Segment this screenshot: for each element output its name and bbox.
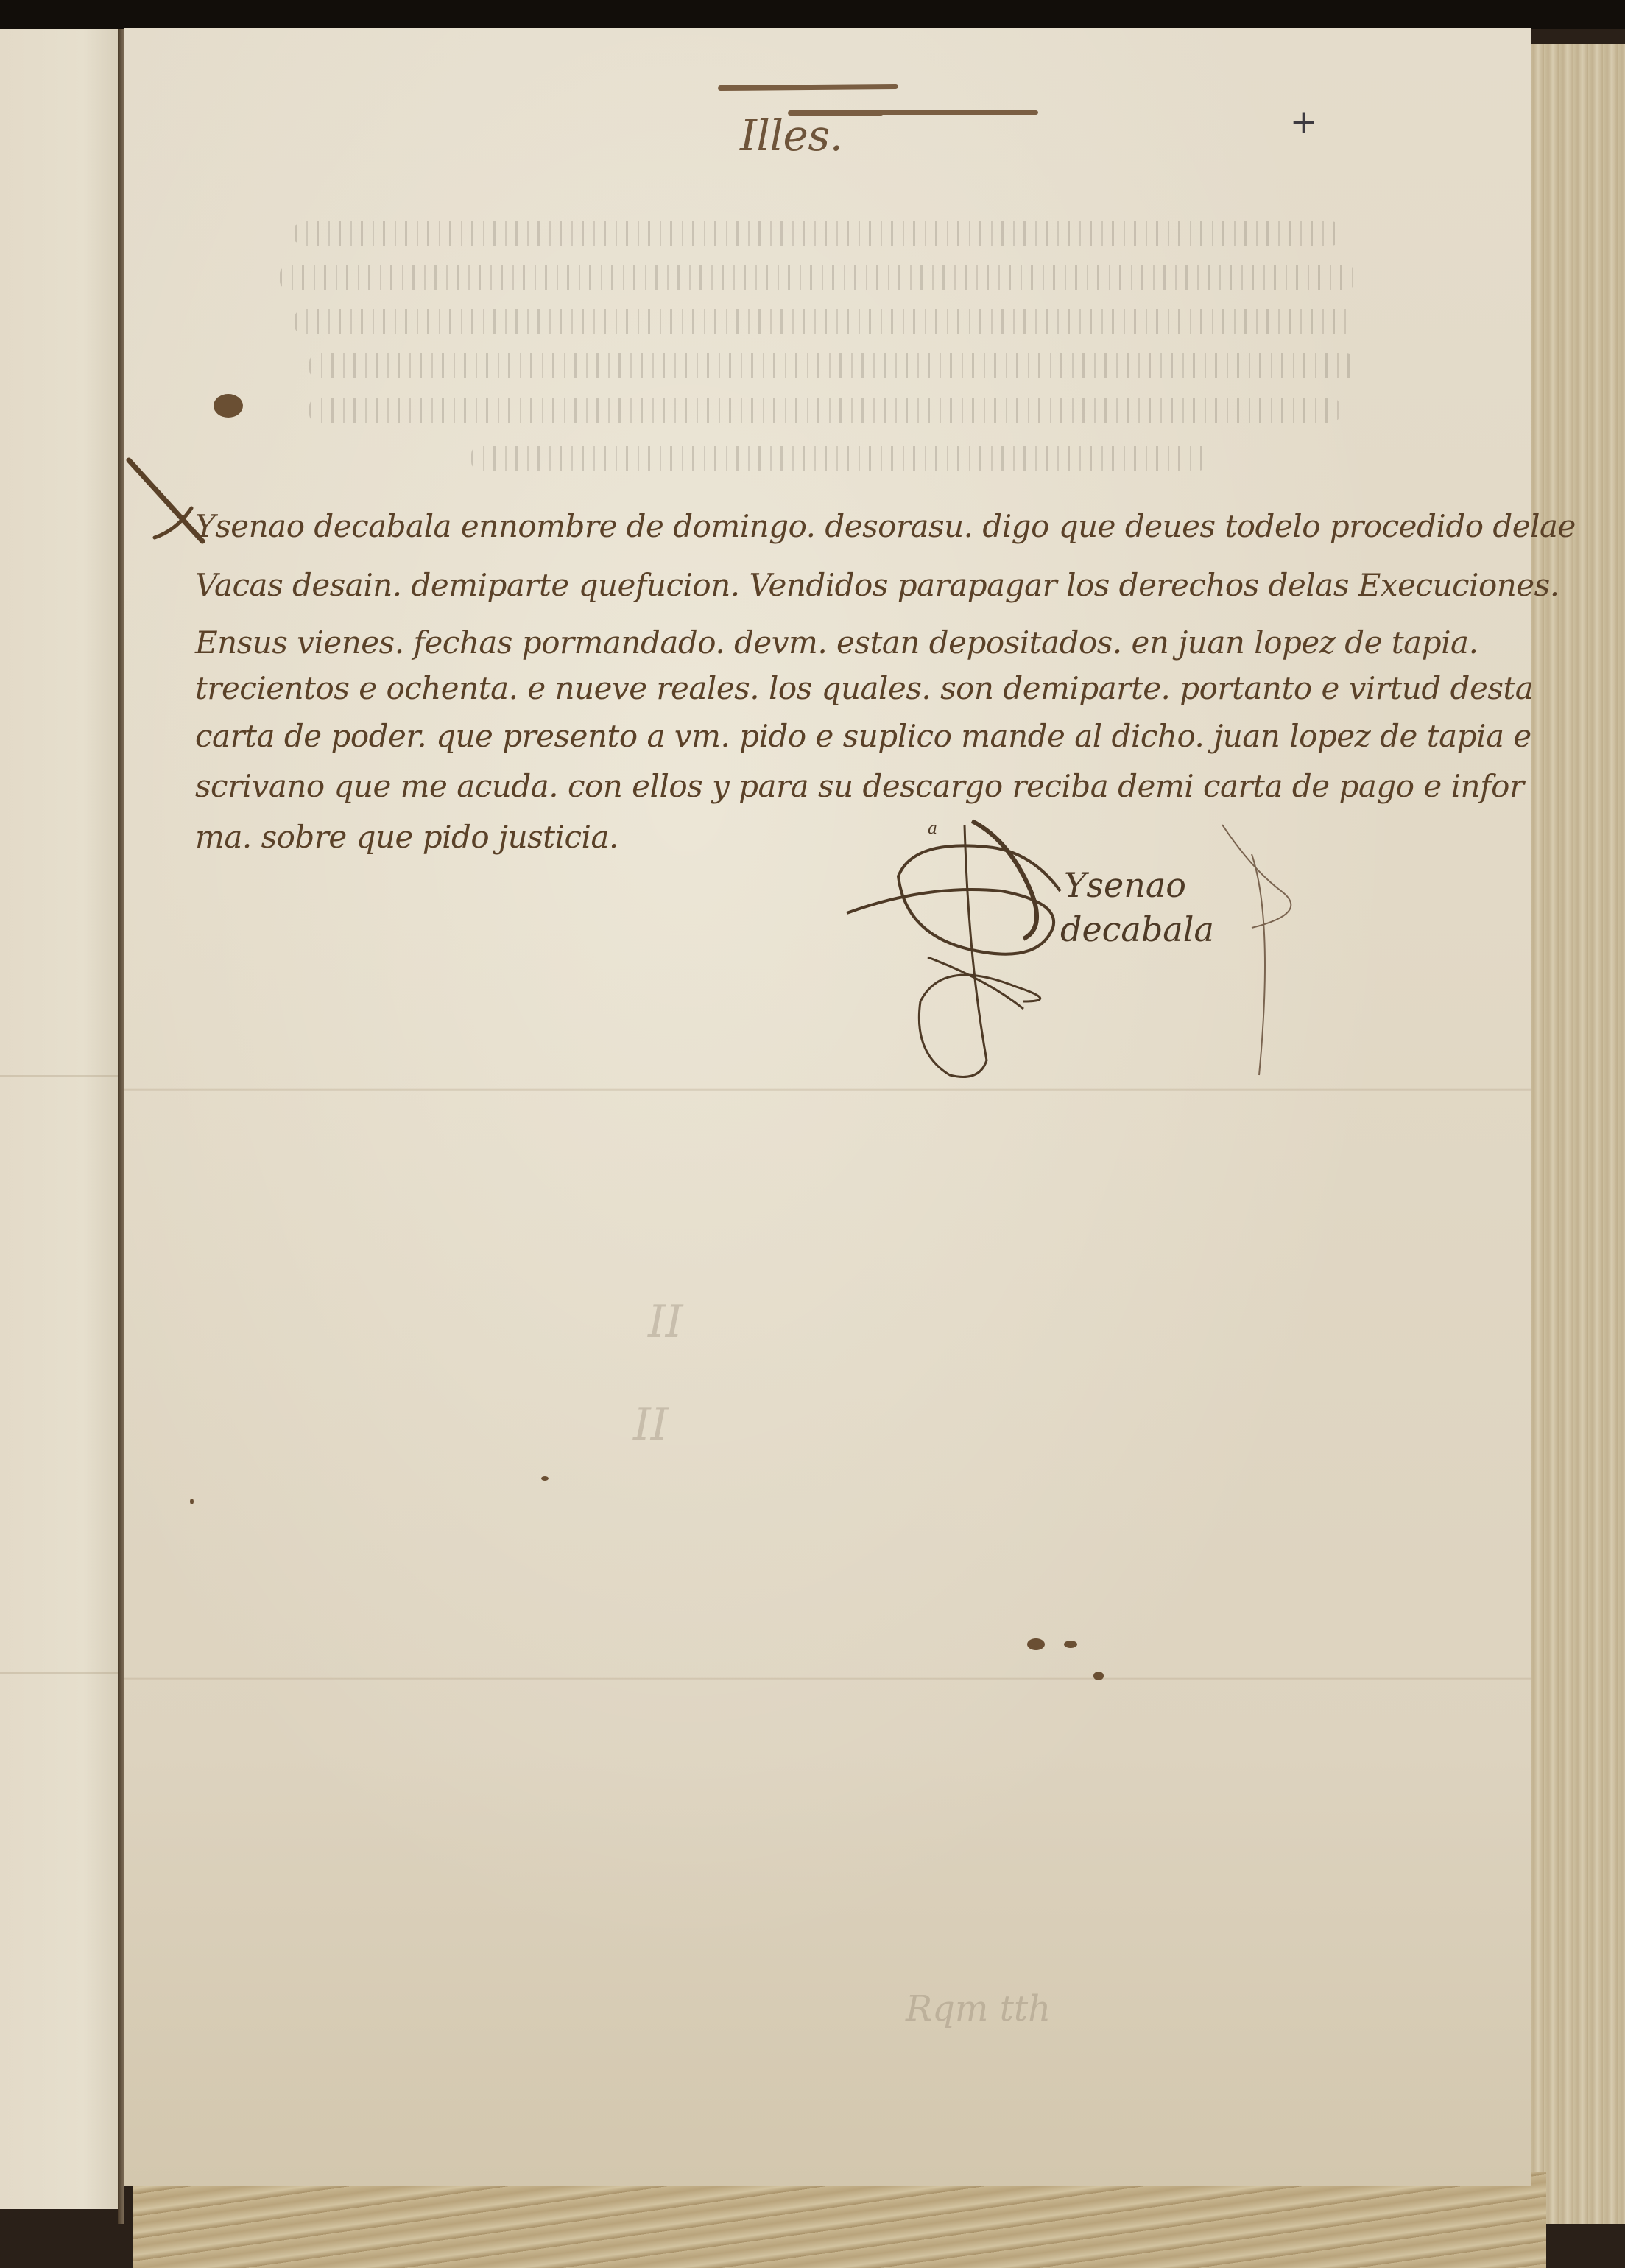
left-page-margin	[0, 29, 119, 2209]
ink-spot	[1027, 1638, 1045, 1650]
document-heading: Illes.	[740, 110, 843, 161]
fold-line	[0, 1075, 119, 1077]
fold-line	[0, 1672, 119, 1674]
bleed-line	[295, 309, 1355, 334]
bleed-line	[295, 221, 1340, 246]
bleed-through-text	[250, 221, 1428, 501]
body-line-3: Ensus vienes. fechas pormandado. devm. e…	[195, 624, 1478, 661]
body-line-7: ma. sobre que pido justicia.	[195, 819, 618, 855]
body-line-4: trecientos e ochenta. e nueve reales. lo…	[195, 670, 1533, 706]
binding-gutter	[118, 29, 124, 2224]
signature-line-2: decabala	[1060, 909, 1214, 949]
signature-line-1: Ysenao	[1064, 865, 1186, 905]
faint-bleed-mark: II	[633, 1399, 668, 1451]
ink-spot	[541, 1476, 549, 1481]
ink-spot	[1093, 1672, 1104, 1680]
manuscript-scan: Illes. + Ysenao decabala ennombre de dom…	[0, 0, 1625, 2268]
scan-background-top	[0, 0, 1625, 29]
faint-bleed-mark: II	[648, 1296, 683, 1348]
body-line-1: Ysenao decabala ennombre de domingo. des…	[195, 508, 1576, 544]
ink-spot	[190, 1498, 194, 1504]
faint-bleed-mark: Rqm tth	[906, 1988, 1051, 2029]
bleed-line	[280, 265, 1355, 290]
signature-block: a Ysenao decabala	[839, 810, 1325, 1090]
svg-text:a: a	[928, 820, 937, 838]
bleed-line	[309, 353, 1355, 378]
horizontal-crease	[124, 1677, 1531, 1680]
signature-rubric-flourish: a	[839, 810, 1325, 1090]
body-line-6: scrivano que me acuda. con ellos y para …	[195, 768, 1524, 804]
header-flourish-rule	[847, 110, 1038, 115]
body-line-5: carta de poder. que presento a vm. pido …	[195, 718, 1531, 754]
bleed-line	[309, 398, 1340, 423]
ink-blot	[214, 394, 243, 418]
ink-spot	[1064, 1641, 1077, 1648]
bleed-line	[471, 445, 1208, 471]
page-edge-stack-bottom	[133, 2172, 1546, 2268]
folio-cross-mark: +	[1290, 103, 1316, 141]
body-line-2: Vacas desain. demiparte quefucion. Vendi…	[195, 567, 1559, 603]
